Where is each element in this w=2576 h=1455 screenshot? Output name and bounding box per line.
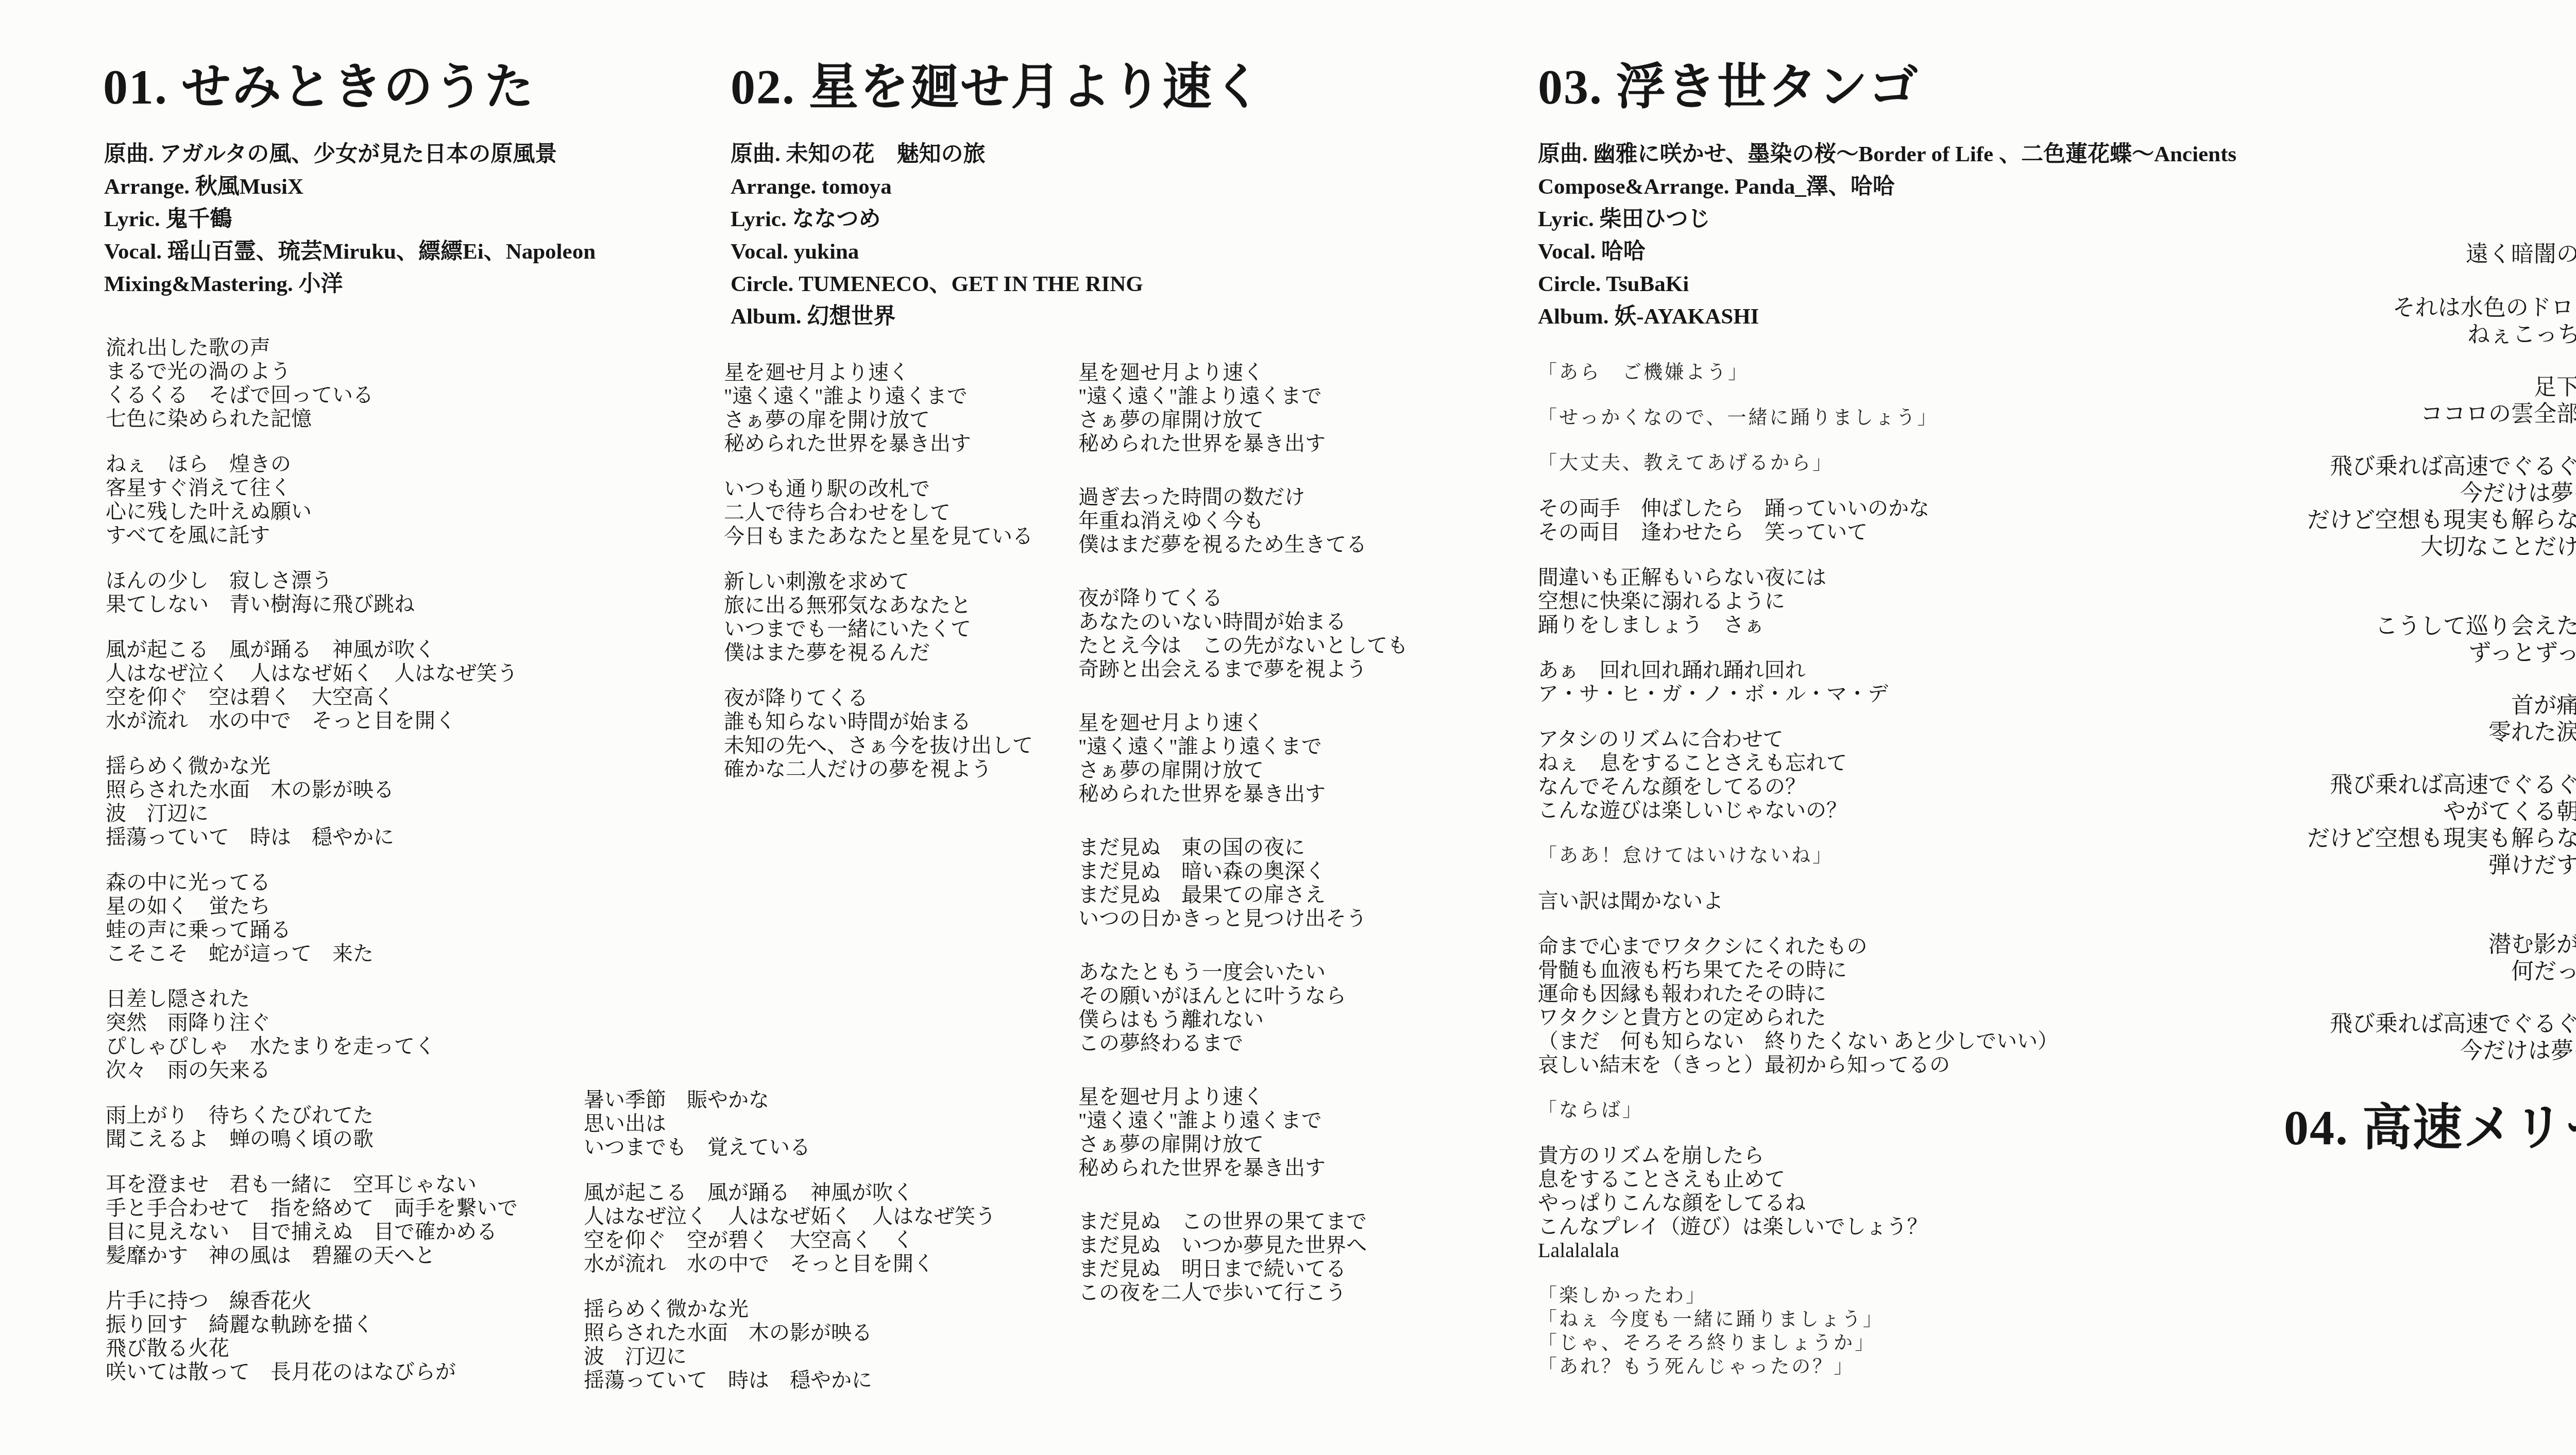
lyric-line: 風が起こる 風が踊る 神風が吹く: [106, 638, 518, 662]
lyric-line: 飛び乗れば高速でぐるぐる回るメリーゴーランド: [2307, 1011, 2576, 1038]
lyric-stanza: まだ見ぬ この世界の果てまでまだ見ぬ いつか夢見た世界へまだ見ぬ 明日まで続いて…: [1078, 1210, 1408, 1305]
lyric-stanza: 貴方のリズムを崩したら息をすることさえも止めてやっぱりこんな顔をしてるねこんなプ…: [1538, 1144, 2058, 1262]
lyric-line: 果てしない 青い樹海に飛び跳ね: [106, 593, 518, 616]
lyric-line: "遠く遠く"誰より遠くまで: [1078, 735, 1408, 758]
lyric-line: 秘められた世界を暴き出す: [1078, 432, 1408, 455]
lyric-stanza: 片手に持つ 線香花火振り回す 綺麗な軌跡を描く飛び散る火花咲いては散って 長月花…: [106, 1289, 518, 1384]
track-04-lyrics-column: 遠く暗闇の中からそっと輝いた涙は君の目から落ちてくそれは水色のドロップ 口の中ほ…: [2307, 241, 2576, 1064]
lyric-line: 君の目から落ちてく: [2307, 268, 2576, 295]
credit-line: Album. 幻想世界: [731, 300, 1143, 333]
lyric-line: 何だって見つけられるはずなの: [2307, 958, 2576, 985]
lyric-line: こんなプレイ（遊び）は楽しいでしょう？: [1538, 1215, 2058, 1239]
lyric-line: ねぇ ほら 煌きの: [106, 452, 518, 476]
lyric-line: いつまでも一緒にいたくて: [724, 617, 1033, 641]
lyric-line: ココロの雲全部吹き飛ばしてくれるんだ: [2307, 401, 2576, 428]
credit-line: Vocal. 瑶山百霊、琉芸Miruku、縹縹Ei、Napoleon: [104, 235, 596, 268]
credit-line: Circle. TUMENECO、GET IN THE RING: [731, 268, 1143, 300]
lyric-line: 森の中に光ってる: [106, 871, 518, 894]
lyric-line: 手と手合わせて 指を絡めて 両手を繋いで: [106, 1196, 518, 1220]
lyric-line: それは水色のドロップ 口の中ほおりこんで: [2307, 295, 2576, 322]
lyric-line: その両手 伸ばしたら 踊っていいのかな: [1538, 497, 2058, 520]
lyric-line: 奇跡と出会えるまで夢を視よう: [1078, 657, 1408, 681]
lyric-line: 夜が降りてくる: [1078, 586, 1408, 610]
lyric-line: 耳を澄ませ 君も一緒に 空耳じゃない: [106, 1173, 518, 1196]
track-01-lyrics-column-1: 流れ出した歌の声まるで光の渦のようくるくる そばで回っている七色に染められた記憶…: [106, 336, 518, 1384]
lyric-stanza-handwritten: 「あら ご機嫌よう」: [1538, 361, 2058, 384]
lyric-line: 水が流れ 水の中で そっと目を開く: [584, 1252, 996, 1276]
lyric-line: 「ねぇ 今度も一緒に踊りましょう」: [1538, 1308, 2058, 1331]
lyric-line: 今だけは夢の中 手を離さないでいて: [2307, 1038, 2576, 1064]
credit-line: Lyric. 鬼千鶴: [104, 203, 596, 235]
lyric-line: "遠く遠く"誰より遠くまで: [724, 384, 1033, 408]
lyric-line: ねぇ 息をすることさえも忘れて: [1538, 751, 2058, 775]
lyric-line: 飛び散る火花: [106, 1336, 518, 1360]
booklet-page: 01. せみときのうた 原曲. アガルタの風、少女が見た日本の原風景Arrang…: [0, 0, 2576, 1455]
lyric-line: 揺らめく微かな光: [584, 1297, 996, 1321]
lyric-line: さぁ夢の扉開け放て: [1078, 1132, 1408, 1156]
lyric-line: いつも通り駅の改札で: [724, 477, 1033, 501]
lyric-line: 星の如く 蛍たち: [106, 894, 518, 918]
lyric-line: 片手に持つ 線香花火: [106, 1289, 518, 1313]
lyric-line: 未知の先へ、さぁ今を抜け出して: [724, 734, 1033, 757]
lyric-line: たとえ今は この先がないとしても: [1078, 634, 1408, 657]
lyric-line: 星を廻せ月より速く: [724, 361, 1033, 384]
lyric-line: 飛び乗れば高速でぐるぐる回るメリーゴーランド: [2307, 772, 2576, 799]
lyric-stanza: ほんの少し 寂しさ漂う果てしない 青い樹海に飛び跳ね: [106, 569, 518, 616]
lyric-stanza: 飛び乗れば高速でぐるぐる回るメリーゴーランド今だけは夢の中 手を離さないでいて: [2307, 1011, 2576, 1064]
credit-line: Circle. TsuBaKi: [1538, 268, 2236, 300]
lyric-line: 飛び乗れば高速でぐるぐる回るメリーゴーランド: [2307, 453, 2576, 480]
lyric-line: 僕はまだ夢を視るため生きてる: [1078, 533, 1408, 556]
credit-line: Arrange. tomoya: [731, 171, 1143, 203]
track-04-title: 04. 高速メリーゴーランド: [2284, 1088, 2576, 1159]
lyric-stanza: 飛び乗れば高速でぐるぐる回るメリーゴーランドやがてくる朝焼けに怯えないようにとだ…: [2307, 772, 2576, 906]
lyric-line: 空想に快楽に溺れるように: [1538, 589, 2058, 613]
lyric-line: 年重ね消えゆく今も: [1078, 509, 1408, 533]
lyric-line: 「せっかくなので、一緒に踊りましょう」: [1538, 406, 2058, 430]
lyric-line: 七色に染められた記憶: [106, 407, 518, 431]
lyric-line: 「楽しかったわ」: [1538, 1284, 2058, 1308]
lyric-stanza: 新しい刺激を求めて旅に出る無邪気なあなたといつまでも一緒にいたくて僕はまた夢を視…: [724, 570, 1033, 665]
lyric-stanza: 暑い季節 賑やかな思い出はいつまでも 覚えている: [584, 1088, 996, 1159]
lyric-line: まだ見ぬ この世界の果てまで: [1078, 1210, 1408, 1233]
lyric-line: 暑い季節 賑やかな: [584, 1088, 996, 1112]
lyric-stanza: 命まで心までワタクシにくれたもの骨髄も血液も朽ち果てたその時に運命も因縁も報われ…: [1538, 935, 2058, 1077]
lyric-line: いつの日かきっと見つけ出そう: [1078, 907, 1408, 930]
lyric-line: あなたともう一度会いたい: [1078, 960, 1408, 984]
lyric-line: 揺らめく微かな光: [106, 754, 518, 778]
credit-line: Vocal. yukina: [731, 235, 1143, 268]
lyric-stanza: 揺らめく微かな光照らされた水面 木の影が映る波 汀辺に揺蕩っていて 時は 穏やか…: [584, 1297, 996, 1392]
lyric-line: 「あら ご機嫌よう」: [1538, 361, 2058, 384]
lyric-line: 髪靡かす 神の風は 碧羅の天へと: [106, 1244, 518, 1267]
lyric-line: 踊りをしましょう さぁ: [1538, 613, 2058, 637]
lyric-line: 空を仰ぐ 空が碧く 大空高く く: [584, 1228, 996, 1252]
lyric-line: さぁ夢の扉開け放て: [1078, 408, 1408, 432]
lyric-line: 今だけは夢の中 手を離さないでいて: [2307, 480, 2576, 507]
lyric-line: くるくる そばで回っている: [106, 383, 518, 407]
lyric-line: その両目 逢わせたら 笑っていて: [1538, 520, 2058, 544]
lyric-stanza: 足下にざわめく光の粒たちがココロの雲全部吹き飛ばしてくれるんだ: [2307, 374, 2576, 428]
lyric-stanza: 首が痛いほどに見上げた天の川零れた涙は空まで投げ飛ばそうよ: [2307, 692, 2576, 746]
lyric-line: "遠く遠く"誰より遠くまで: [1078, 384, 1408, 408]
lyric-line: 思い出は: [584, 1112, 996, 1136]
lyric-line: 振り回す 綺麗な軌跡を描く: [106, 1313, 518, 1336]
credit-line: Mixing&Mastering. 小洋: [104, 268, 596, 300]
lyric-line: 過ぎ去った時間の数だけ: [1078, 485, 1408, 509]
lyric-line: あなたのいない時間が始まる: [1078, 610, 1408, 634]
lyric-stanza: 潜む影が目を隠しても光を辿れば何だって見つけられるはずなの: [2307, 932, 2576, 985]
lyric-stanza: 星を廻せ月より速く"遠く遠く"誰より遠くまでさぁ夢の扉開け放て秘められた世界を暴…: [1078, 711, 1408, 806]
lyric-stanza: 森の中に光ってる星の如く 蛍たち蛙の声に乗って踊るこそこそ 蛇が這って 来た: [106, 871, 518, 966]
lyric-line: 「じゃ、そろそろ終りましょうか」: [1538, 1331, 2058, 1355]
track-02-title: 02. 星を廻せ月より速く: [731, 47, 1263, 118]
credit-line: 原曲. アガルタの風、少女が見た日本の原風景: [104, 138, 596, 171]
lyric-line: 泡のような時の粒: [2307, 561, 2576, 587]
lyric-line: 人はなぜ泣く 人はなぜ妬く 人はなぜ笑う: [106, 662, 518, 685]
lyric-line: 日差し隠された: [106, 987, 518, 1011]
lyric-stanza: いつも通り駅の改札で二人で待ち合わせをして今日もまたあなたと星を見ている: [724, 477, 1033, 548]
lyric-line: 咲いては散って 長月花のはなびらが: [106, 1360, 518, 1384]
lyric-line: 哀しい結末を（きっと）最初から知ってるの: [1538, 1053, 2058, 1077]
credit-line: Lyric. 柴田ひつじ: [1538, 203, 2236, 235]
lyric-line: すべてを風に託す: [106, 523, 518, 547]
lyric-line: 秘められた世界を暴き出す: [724, 432, 1033, 455]
lyric-stanza: 星を廻せ月より速く"遠く遠く"誰より遠くまでさぁ夢の扉開け放て秘められた世界を暴…: [1078, 1085, 1408, 1180]
lyric-stanza: 星を廻せ月より速く"遠く遠く"誰より遠くまでさぁ夢の扉開け放て秘められた世界を暴…: [1078, 361, 1408, 455]
lyric-line: 息をすることさえも止めて: [1538, 1168, 2058, 1191]
lyric-line: 遠く暗闇の中からそっと輝いた涙は: [2307, 241, 2576, 268]
lyric-stanza: 夜が降りてくる誰も知らない時間が始まる未知の先へ、さぁ今を抜け出して確かな二人だ…: [724, 686, 1033, 781]
lyric-stanza: ねぇ ほら 煌きの客星すぐ消えて往く心に残した叶えぬ願いすべてを風に託す: [106, 452, 518, 547]
lyric-line: 潜む影が目を隠しても光を辿れば: [2307, 932, 2576, 958]
lyric-stanza: アタシのリズムに合わせてねぇ 息をすることさえも忘れてなんでそんな顔をしてるの？…: [1538, 727, 2058, 822]
lyric-stanza: 揺らめく微かな光照らされた水面 木の影が映る波 汀辺に揺蕩っていて 時は 穏やか…: [106, 754, 518, 849]
lyric-line: 今日もまたあなたと星を見ている: [724, 525, 1033, 548]
lyric-line: （まだ 何も知らない 終りたくない あと少しでいい）: [1538, 1029, 2058, 1053]
credit-line: Album. 妖-AYAKASHI: [1538, 300, 2236, 333]
track-01-lyrics-column-2: 暑い季節 賑やかな思い出はいつまでも 覚えている風が起こる 風が踊る 神風が吹く…: [584, 1088, 996, 1392]
lyric-line: ア・サ・ヒ・ガ・ノ・ボ・ル・マ・デ: [1538, 682, 2058, 706]
lyric-stanza: 過ぎ去った時間の数だけ年重ね消えゆく今も僕はまだ夢を視るため生きてる: [1078, 485, 1408, 556]
lyric-line: 聞こえるよ 蝉の鳴く頃の歌: [106, 1127, 518, 1151]
lyric-line: 言い訳は聞かないよ: [1538, 889, 2058, 913]
lyric-stanza: あぁ 回れ回れ踊れ踊れ回れア・サ・ヒ・ガ・ノ・ボ・ル・マ・デ: [1538, 658, 2058, 706]
lyric-line: だけど空想も現実も解らなくなるメリーゴーランド: [2307, 507, 2576, 534]
lyric-line: アタシのリズムに合わせて: [1538, 727, 2058, 751]
track-03-credits: 原曲. 幽雅に咲かせ、墨染の桜～Border of Life 、二色蓮花蝶～An…: [1538, 138, 2236, 333]
lyric-line: 心に残した叶えぬ願い: [106, 500, 518, 523]
lyric-line: 弾けだす電飾が君の夢を照らすの: [2307, 852, 2576, 879]
lyric-line: 空を仰ぐ 空は碧く 大空高く: [106, 685, 518, 709]
lyric-line: 星を廻せ月より速く: [1078, 711, 1408, 735]
lyric-line: 秘められた世界を暴き出す: [1078, 782, 1408, 806]
lyric-stanza: まだ見ぬ 東の国の夜にまだ見ぬ 暗い森の奥深くまだ見ぬ 最果ての扉さえいつの日か…: [1078, 836, 1408, 930]
credit-line: Compose&Arrange. Panda_澤、哈哈: [1538, 171, 2236, 203]
lyric-line: この夢終わるまで: [1078, 1031, 1408, 1055]
lyric-stanza: 風が起こる 風が踊る 神風が吹く人はなぜ泣く 人はなぜ妬く 人はなぜ笑う空を仰ぐ…: [106, 638, 518, 733]
lyric-line: 水が流れ 水の中で そっと目を開く: [106, 709, 518, 733]
lyric-line: 「あれ？もう死んじゃったの？」: [1538, 1355, 2058, 1379]
lyric-line: ほんの少し 寂しさ漂う: [106, 569, 518, 593]
lyric-line: まだ見ぬ 最果ての扉さえ: [1078, 883, 1408, 907]
lyric-stanza: その両手 伸ばしたら 踊っていいのかなその両目 逢わせたら 笑っていて: [1538, 497, 2058, 544]
lyric-line: 風が起こる 風が踊る 神風が吹く: [584, 1181, 996, 1205]
lyric-line: ねぇこっちのセカイについておいで: [2307, 322, 2576, 348]
track-01-title: 01. せみときのうた: [103, 47, 535, 118]
lyric-line: 新しい刺激を求めて: [724, 570, 1033, 594]
lyric-line: 僕はまた夢を視るんだ: [724, 641, 1033, 665]
lyric-line: 誰も知らない時間が始まる: [724, 710, 1033, 734]
lyric-stanza: 飛び乗れば高速でぐるぐる回るメリーゴーランド今だけは夢の中 手を離さないでいてだ…: [2307, 453, 2576, 587]
credit-line: 原曲. 未知の花 魅知の旅: [731, 138, 1143, 171]
lyric-line: さぁ夢の扉を開け放て: [724, 408, 1033, 432]
lyric-stanza-handwritten: 「ならば」: [1538, 1098, 2058, 1122]
lyric-line: 覗いてもいいかな…？: [2307, 879, 2576, 906]
lyric-line: 二人で待ち合わせをして: [724, 501, 1033, 525]
lyric-line: 旅に出る無邪気なあなたと: [724, 594, 1033, 617]
lyric-stanza: 日差し隠された突然 雨降り注ぐぴしゃぴしゃ 水たまりを走ってく次々 雨の矢来る: [106, 987, 518, 1082]
lyric-line: 突然 雨降り注ぐ: [106, 1011, 518, 1035]
lyric-line: 次々 雨の矢来る: [106, 1058, 518, 1082]
lyric-line: 揺蕩っていて 時は 穏やかに: [584, 1368, 996, 1392]
lyric-line: やがてくる朝焼けに怯えないようにと: [2307, 799, 2576, 825]
credit-line: 原曲. 幽雅に咲かせ、墨染の桜～Border of Life 、二色蓮花蝶～An…: [1538, 138, 2236, 171]
lyric-line: 揺蕩っていて 時は 穏やかに: [106, 825, 518, 849]
lyric-line: こんな遊びは楽しいじゃないの？: [1538, 799, 2058, 822]
lyric-line: 星を廻せ月より速く: [1078, 361, 1408, 384]
lyric-line: 秘められた世界を暴き出す: [1078, 1156, 1408, 1180]
lyric-line: 夜が降りてくる: [724, 686, 1033, 710]
lyric-line: 命まで心までワタクシにくれたもの: [1538, 935, 2058, 958]
track-02-lyrics-column-1: 星を廻せ月より速く"遠く遠く"誰より遠くまでさぁ夢の扉を開け放て秘められた世界を…: [724, 361, 1033, 781]
credit-line: Lyric. ななつめ: [731, 203, 1143, 235]
lyric-line: 波 汀辺に: [584, 1345, 996, 1368]
lyric-line: 足下にざわめく光の粒たちが: [2307, 374, 2576, 401]
lyric-line: 流れ出した歌の声: [106, 336, 518, 360]
lyric-stanza: こうして巡り会えたことは何億分の一の奇跡ずっとずっと一緒に居れたらいいね: [2307, 613, 2576, 667]
lyric-line: 「ああ！怠けてはいけないね」: [1538, 844, 2058, 868]
lyric-line: ぴしゃぴしゃ 水たまりを走ってく: [106, 1035, 518, 1058]
lyric-line: ずっとずっと一緒に居れたらいいね: [2307, 640, 2576, 667]
lyric-line: まだ見ぬ いつか夢見た世界へ: [1078, 1233, 1408, 1257]
lyric-line: なんでそんな顔をしてるの？: [1538, 775, 2058, 799]
lyric-line: まだ見ぬ 明日まで続いてる: [1078, 1257, 1408, 1281]
track-03-title: 03. 浮き世タンゴ: [1538, 47, 1919, 118]
lyric-line: まだ見ぬ 暗い森の奥深く: [1078, 859, 1408, 883]
credit-line: Vocal. 哈哈: [1538, 235, 2236, 268]
lyric-line: 客星すぐ消えて往く: [106, 476, 518, 500]
lyric-line: 僕らはもう離れない: [1078, 1008, 1408, 1031]
lyric-line: まだ見ぬ 東の国の夜に: [1078, 836, 1408, 859]
track-01-credits: 原曲. アガルタの風、少女が見た日本の原風景Arrange. 秋風MusiXLy…: [104, 138, 596, 300]
track-02-credits: 原曲. 未知の花 魅知の旅Arrange. tomoyaLyric. ななつめV…: [731, 138, 1143, 333]
lyric-line: 目に見えない 目で捕えぬ 目で確かめる: [106, 1220, 518, 1244]
lyric-line: こそこそ 蛇が這って 来た: [106, 942, 518, 966]
track-02-lyrics-column-2: 星を廻せ月より速く"遠く遠く"誰より遠くまでさぁ夢の扉開け放て秘められた世界を暴…: [1078, 361, 1408, 1305]
lyric-line: "遠く遠く"誰より遠くまで: [1078, 1109, 1408, 1132]
lyric-stanza: あなたともう一度会いたいその願いがほんとに叶うなら僕らはもう離れないこの夢終わる…: [1078, 960, 1408, 1055]
lyric-line: 零れた涙は空まで投げ飛ばそうよ: [2307, 719, 2576, 746]
lyric-line: Lalalalala: [1538, 1239, 2058, 1262]
lyric-stanza: 言い訳は聞かないよ: [1538, 889, 2058, 913]
lyric-stanza: 雨上がり 待ちくたびれてた聞こえるよ 蝉の鳴く頃の歌: [106, 1104, 518, 1151]
lyric-stanza-handwritten: 「大丈夫、教えてあげるから」: [1538, 451, 2058, 475]
lyric-stanza-handwritten: 「せっかくなので、一緒に踊りましょう」: [1538, 406, 2058, 430]
lyric-line: 間違いも正解もいらない夜には: [1538, 566, 2058, 589]
lyric-stanza: 間違いも正解もいらない夜には空想に快楽に溺れるように踊りをしましょう さぁ: [1538, 566, 2058, 637]
lyric-line: 蛙の声に乗って踊る: [106, 918, 518, 942]
lyric-line: 首が痛いほどに見上げた天の川: [2307, 692, 2576, 719]
lyric-stanza: 遠く暗闇の中からそっと輝いた涙は君の目から落ちてくそれは水色のドロップ 口の中ほ…: [2307, 241, 2576, 348]
lyric-line: いつまでも 覚えている: [584, 1136, 996, 1159]
lyric-line: あぁ 回れ回れ踊れ踊れ回れ: [1538, 658, 2058, 682]
lyric-line: 雨上がり 待ちくたびれてた: [106, 1104, 518, 1127]
lyric-line: 照らされた水面 木の影が映る: [584, 1321, 996, 1345]
lyric-stanza: 風が起こる 風が踊る 神風が吹く人はなぜ泣く 人はなぜ妬く 人はなぜ笑う空を仰ぐ…: [584, 1181, 996, 1276]
lyric-line: 波 汀辺に: [106, 802, 518, 825]
lyric-line: まるで光の渦のよう: [106, 360, 518, 383]
lyric-stanza: 星を廻せ月より速く"遠く遠く"誰より遠くまでさぁ夢の扉を開け放て秘められた世界を…: [724, 361, 1033, 455]
lyric-stanza-handwritten: 「楽しかったわ」「ねぇ 今度も一緒に踊りましょう」「じゃ、そろそろ終りましょうか…: [1538, 1284, 2058, 1379]
lyric-line: さぁ夢の扉開け放て: [1078, 758, 1408, 782]
lyric-line: こうして巡り会えたことは何億分の一の奇跡: [2307, 613, 2576, 640]
lyric-line: 星を廻せ月より速く: [1078, 1085, 1408, 1109]
lyric-line: この夜を二人で歩いて行こう: [1078, 1281, 1408, 1305]
lyric-line: だけど空想も現実も解らなくなるメリーゴーランド: [2307, 825, 2576, 852]
lyric-line: やっぱりこんな顔をしてるね: [1538, 1191, 2058, 1215]
lyric-line: ワタクシと貴方との定められた: [1538, 1006, 2058, 1029]
lyric-line: 人はなぜ泣く 人はなぜ妬く 人はなぜ笑う: [584, 1205, 996, 1228]
lyric-line: 照らされた水面 木の影が映る: [106, 778, 518, 802]
lyric-line: 「ならば」: [1538, 1098, 2058, 1122]
lyric-line: 骨髄も血液も朽ち果てたその時に: [1538, 958, 2058, 982]
credit-line: Arrange. 秋風MusiX: [104, 171, 596, 203]
lyric-line: 貴方のリズムを崩したら: [1538, 1144, 2058, 1168]
lyric-line: 「大丈夫、教えてあげるから」: [1538, 451, 2058, 475]
track-03-lyrics-column: 「あら ご機嫌よう」「せっかくなので、一緒に踊りましょう」「大丈夫、教えてあげる…: [1538, 361, 2058, 1379]
lyric-stanza: 流れ出した歌の声まるで光の渦のようくるくる そばで回っている七色に染められた記憶: [106, 336, 518, 431]
lyric-stanza: 夜が降りてくるあなたのいない時間が始まるたとえ今は この先がないとしても奇跡と出…: [1078, 586, 1408, 681]
lyric-line: 大切なことだけは見落とさないようにね: [2307, 534, 2576, 561]
lyric-stanza: 耳を澄ませ 君も一緒に 空耳じゃない手と手合わせて 指を絡めて 両手を繋いで目に…: [106, 1173, 518, 1267]
lyric-stanza-handwritten: 「ああ！怠けてはいけないね」: [1538, 844, 2058, 868]
lyric-line: その願いがほんとに叶うなら: [1078, 984, 1408, 1008]
lyric-line: 運命も因縁も報われたその時に: [1538, 982, 2058, 1006]
lyric-line: 確かな二人だけの夢を視よう: [724, 757, 1033, 781]
